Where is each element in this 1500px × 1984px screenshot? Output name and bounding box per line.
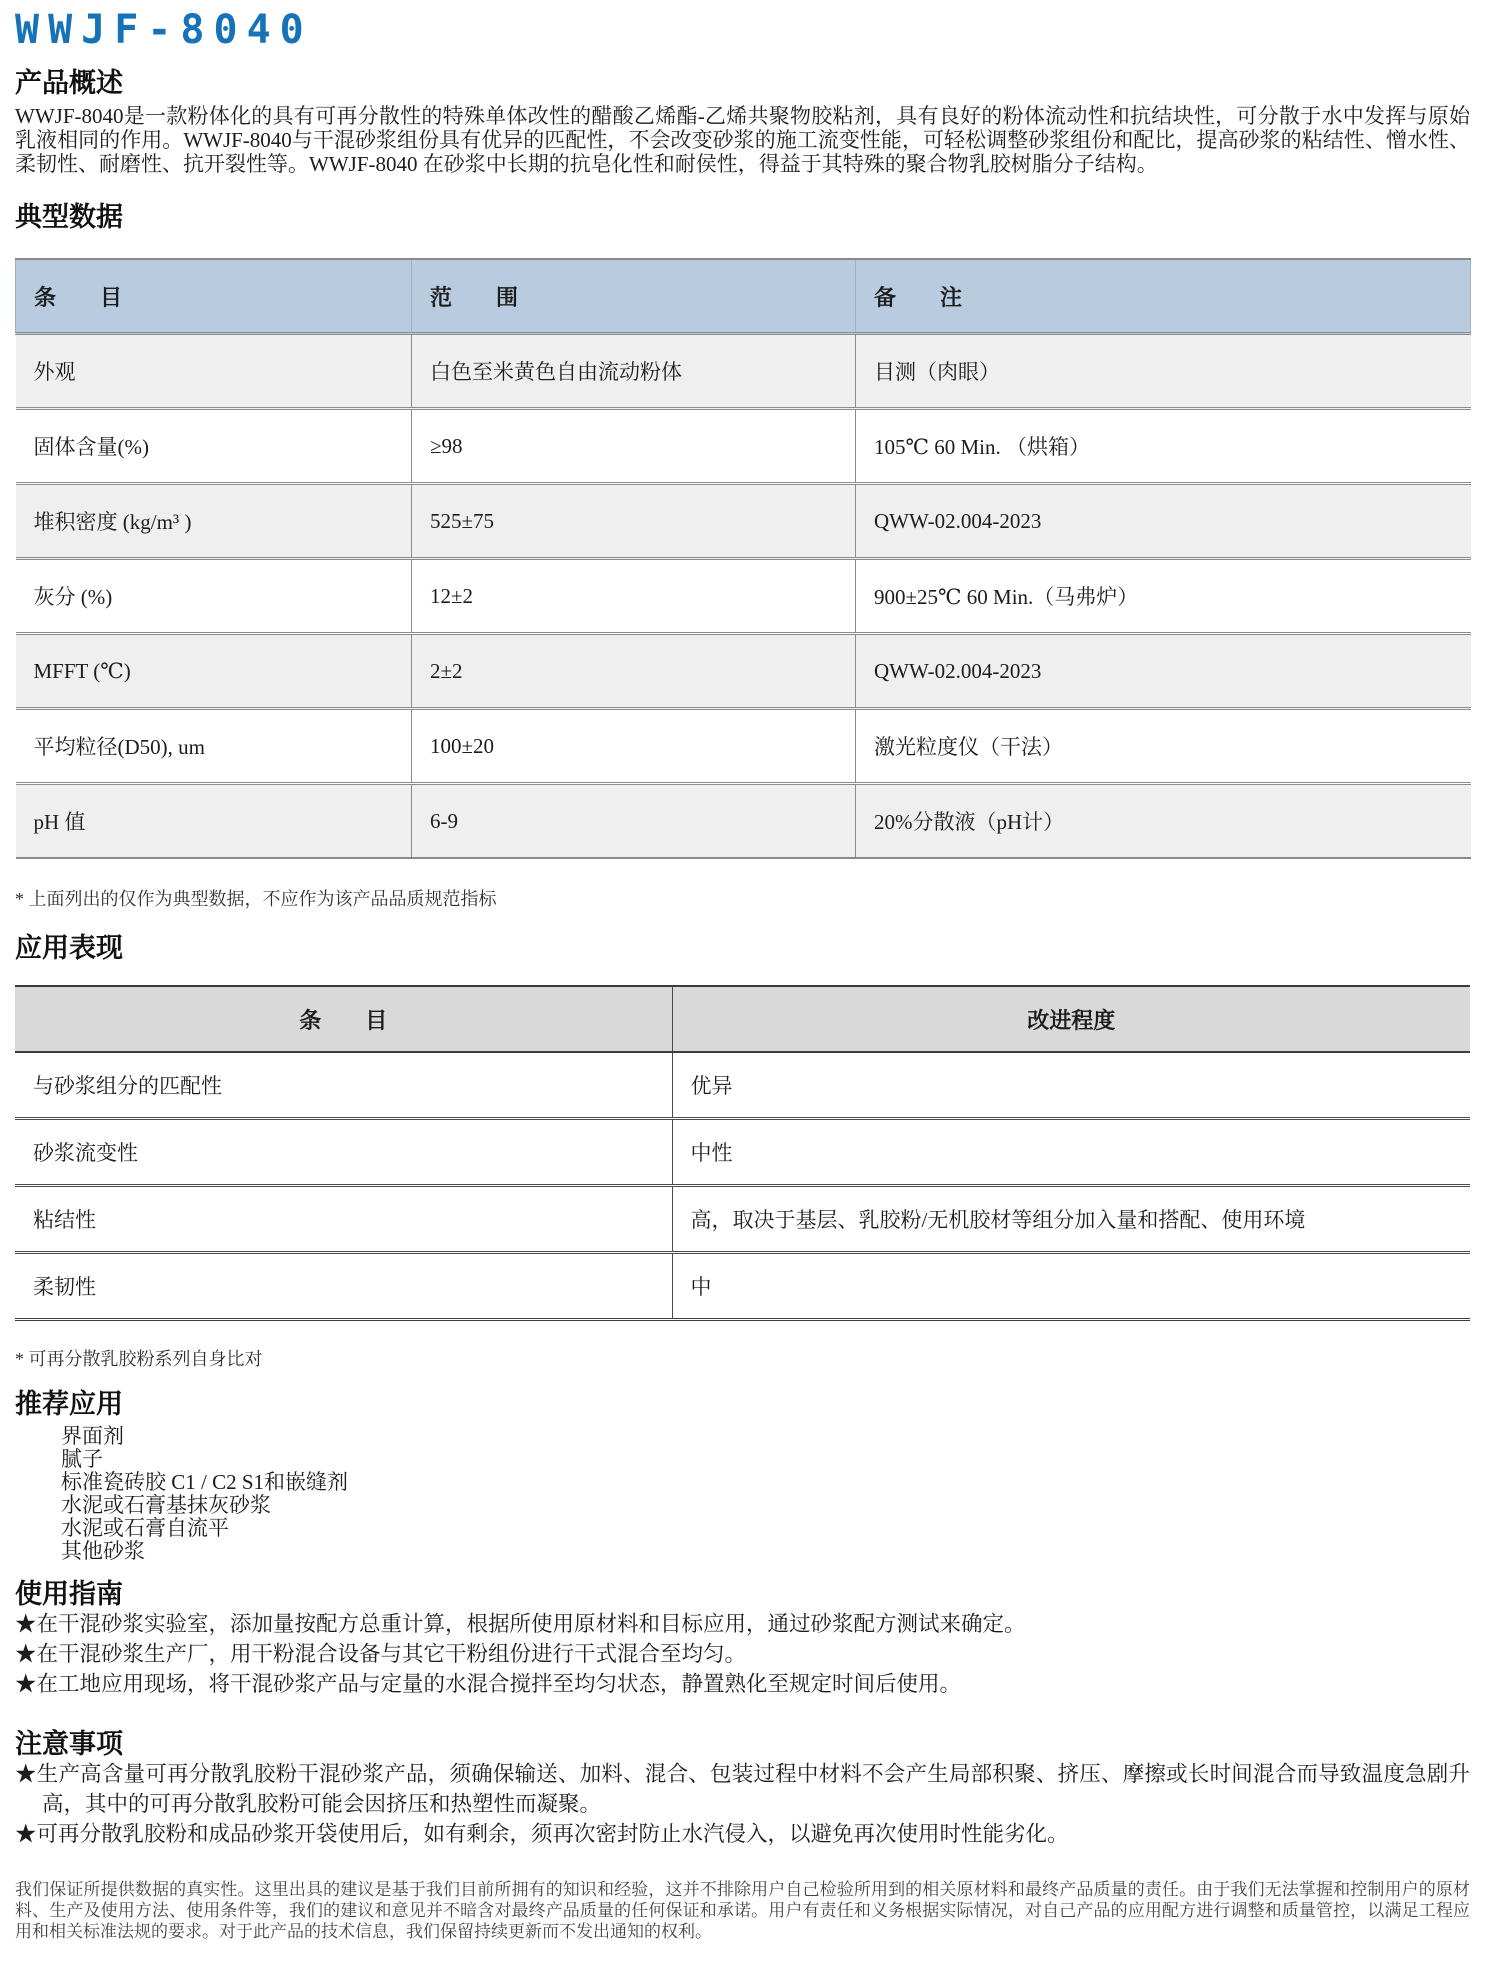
list-item: 水泥或石膏自流平 [61, 1517, 1470, 1540]
table-row: 砂浆流变性 中性 [15, 1119, 1470, 1186]
usage-bullets: ★在干混砂浆实验室，添加量按配方总重计算，根据所使用原材料和目标应用，通过砂浆配… [15, 1609, 1470, 1699]
disclaimer-text: 我们保证所提供数据的真实性。这里出具的建议是基于我们目前所拥有的知识和经验，这并… [15, 1879, 1470, 1942]
list-item: 腻子 [61, 1448, 1470, 1471]
datasheet-page: WWJF-8040 产品概述 WWJF-8040是一款粉体化的具有可再分散性的特… [0, 0, 1500, 1984]
overview-paragraph: WWJF-8040是一款粉体化的具有可再分散性的特殊单体改性的醋酸乙烯酯-乙烯共… [15, 104, 1470, 176]
list-item: 水泥或石膏基抹灰砂浆 [61, 1494, 1470, 1517]
table-row: 灰分 (%) 12±2 900±25℃ 60 Min.（马弗炉） [16, 559, 1471, 634]
notes-heading: 注意事项 [15, 1729, 1470, 1759]
table-row: 粘结性 高，取决于基层、乳胶粉/无机胶材等组分加入量和搭配、使用环境 [15, 1186, 1470, 1253]
table-row: 堆积密度 (kg/m³ ) 525±75 QWW-02.004-2023 [16, 484, 1471, 559]
cell-item: 平均粒径(D50), um [16, 709, 412, 784]
cell-range: 6-9 [412, 784, 856, 859]
cell-range: 525±75 [412, 484, 856, 559]
typical-data-table: 条 目 范 围 备 注 外观 白色至米黄色自由流动粉体 目测（肉眼） 固体含量(… [15, 258, 1471, 859]
cell-range: 100±20 [412, 709, 856, 784]
recommended-list: 界面剂 腻子 标准瓷砖胶 C1 / C2 S1和嵌缝剂 水泥或石膏基抹灰砂浆 水… [15, 1425, 1470, 1563]
cell-value: 中性 [672, 1119, 1470, 1186]
cell-range: ≥98 [412, 409, 856, 484]
typical-data-heading: 典型数据 [15, 202, 1470, 232]
cell-item: 粘结性 [15, 1186, 672, 1253]
table-row: 平均粒径(D50), um 100±20 激光粒度仪（干法） [16, 709, 1471, 784]
bullet-item: ★在工地应用现场，将干混砂浆产品与定量的水混合搅拌至均匀状态，静置熟化至规定时间… [15, 1669, 1470, 1699]
column-header-improvement: 改进程度 [672, 986, 1470, 1052]
cell-item: 砂浆流变性 [15, 1119, 672, 1186]
cell-range: 2±2 [412, 634, 856, 709]
cell-range: 12±2 [412, 559, 856, 634]
cell-range: 白色至米黄色自由流动粉体 [412, 334, 856, 409]
cell-note: QWW-02.004-2023 [856, 484, 1471, 559]
cell-value: 高，取决于基层、乳胶粉/无机胶材等组分加入量和搭配、使用环境 [672, 1186, 1470, 1253]
bullet-item: ★在干混砂浆实验室，添加量按配方总重计算，根据所使用原材料和目标应用，通过砂浆配… [15, 1609, 1470, 1639]
cell-note: 目测（肉眼） [856, 334, 1471, 409]
column-header-item: 条 目 [16, 259, 412, 334]
bullet-item: ★生产高含量可再分散乳胶粉干混砂浆产品，须确保输送、加料、混合、包装过程中材料不… [15, 1759, 1470, 1819]
cell-item: 与砂浆组分的匹配性 [15, 1052, 672, 1119]
table-row: 与砂浆组分的匹配性 优异 [15, 1052, 1470, 1119]
column-header-note: 备 注 [856, 259, 1471, 334]
bullet-item: ★可再分散乳胶粉和成品砂浆开袋使用后，如有剩余，须再次密封防止水汽侵入，以避免再… [15, 1819, 1470, 1849]
list-item: 其他砂浆 [61, 1540, 1470, 1563]
application-table: 条 目 改进程度 与砂浆组分的匹配性 优异 砂浆流变性 中性 粘结性 高，取决于… [15, 985, 1470, 1321]
recommended-heading: 推荐应用 [15, 1389, 1470, 1419]
page-title: WWJF-8040 [15, 6, 1470, 54]
list-item: 界面剂 [61, 1425, 1470, 1448]
table-row: pH 值 6-9 20%分散液（pH计） [16, 784, 1471, 859]
cell-item: 柔韧性 [15, 1253, 672, 1320]
cell-item: 外观 [16, 334, 412, 409]
cell-item: 固体含量(%) [16, 409, 412, 484]
cell-item: MFFT (℃) [16, 634, 412, 709]
cell-value: 中 [672, 1253, 1470, 1320]
table-row: 外观 白色至米黄色自由流动粉体 目测（肉眼） [16, 334, 1471, 409]
cell-note: QWW-02.004-2023 [856, 634, 1471, 709]
cell-note: 105℃ 60 Min. （烘箱） [856, 409, 1471, 484]
application-heading: 应用表现 [15, 933, 1470, 963]
table-row: 柔韧性 中 [15, 1253, 1470, 1320]
bullet-item: ★在干混砂浆生产厂，用干粉混合设备与其它干粉组份进行干式混合至均匀。 [15, 1639, 1470, 1669]
table-header-row: 条 目 范 围 备 注 [16, 259, 1471, 334]
cell-note: 激光粒度仪（干法） [856, 709, 1471, 784]
usage-heading: 使用指南 [15, 1579, 1470, 1609]
table-row: MFFT (℃) 2±2 QWW-02.004-2023 [16, 634, 1471, 709]
cell-item: pH 值 [16, 784, 412, 859]
cell-note: 900±25℃ 60 Min.（马弗炉） [856, 559, 1471, 634]
cell-item: 灰分 (%) [16, 559, 412, 634]
typical-data-footnote: * 上面列出的仅作为典型数据，不应作为该产品品质规范指标 [15, 885, 1470, 911]
application-footnote: * 可再分散乳胶粉系列自身比对 [15, 1345, 1470, 1371]
table-header-row: 条 目 改进程度 [15, 986, 1470, 1052]
cell-item: 堆积密度 (kg/m³ ) [16, 484, 412, 559]
cell-value: 优异 [672, 1052, 1470, 1119]
cell-note: 20%分散液（pH计） [856, 784, 1471, 859]
table-row: 固体含量(%) ≥98 105℃ 60 Min. （烘箱） [16, 409, 1471, 484]
list-item: 标准瓷砖胶 C1 / C2 S1和嵌缝剂 [61, 1471, 1470, 1494]
overview-heading: 产品概述 [15, 68, 1470, 98]
notes-bullets: ★生产高含量可再分散乳胶粉干混砂浆产品，须确保输送、加料、混合、包装过程中材料不… [15, 1759, 1470, 1849]
column-header-item: 条 目 [15, 986, 672, 1052]
column-header-range: 范 围 [412, 259, 856, 334]
